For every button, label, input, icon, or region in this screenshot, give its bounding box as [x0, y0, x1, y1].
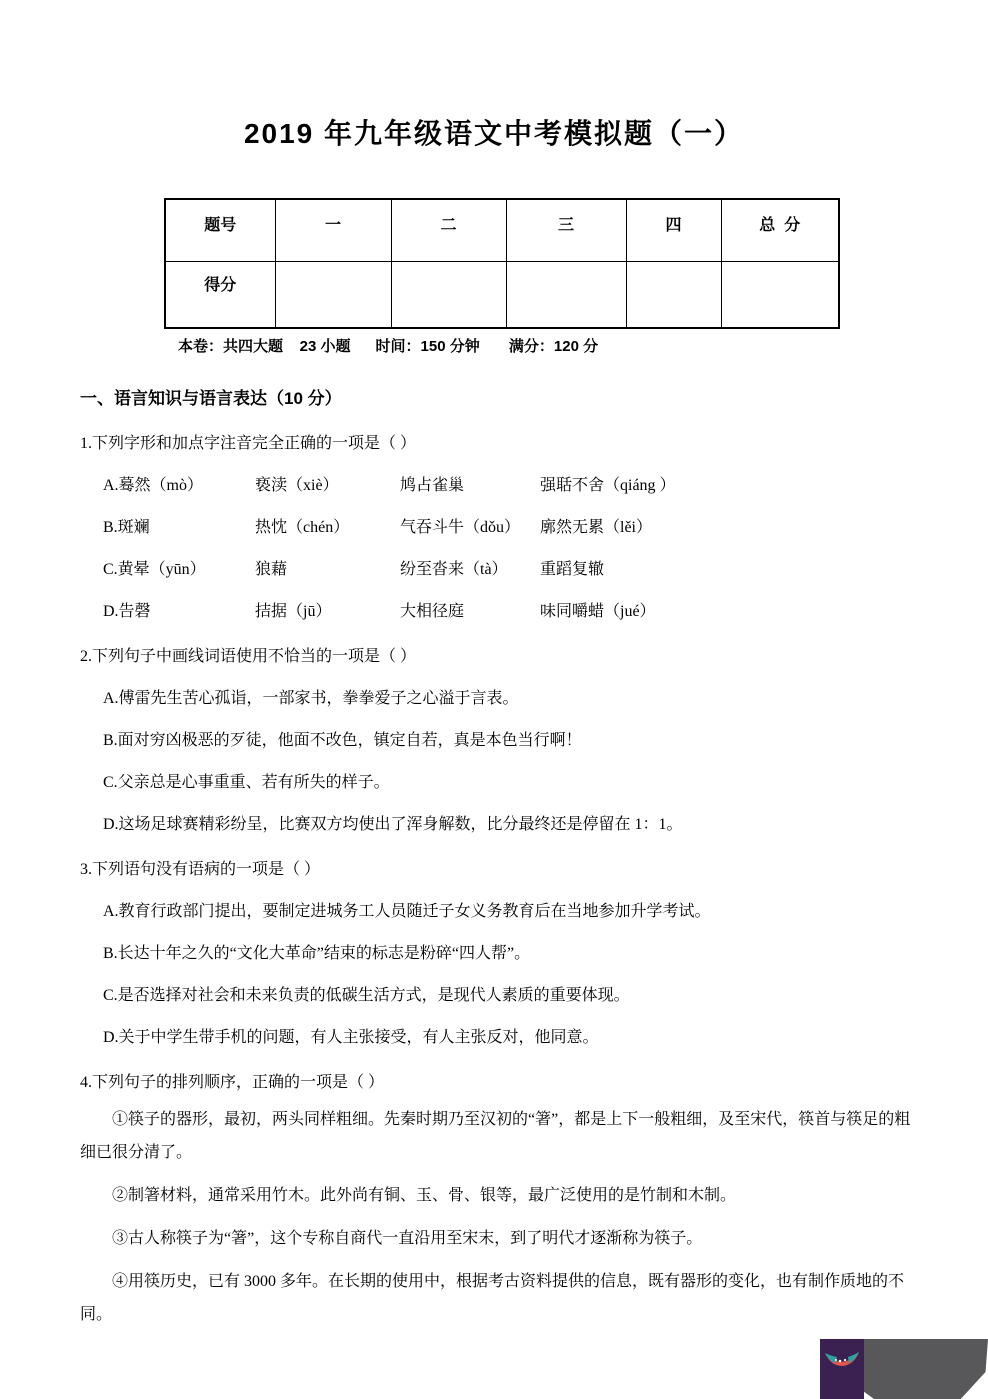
option-cell: 味同嚼蜡（jué）: [540, 601, 948, 622]
score-value-cell: [721, 262, 839, 329]
header-cell-3: 三: [506, 199, 626, 262]
question-1-option-row-a: A.蓦然（mò） 亵渎（xiè） 鸠占雀巢 强聒不舍（qiáng ）: [103, 475, 948, 496]
option-cell: 重蹈复辙: [540, 559, 948, 580]
question-2-option-c: C.父亲总是心事重重、若有所失的样子。: [103, 772, 928, 793]
question-1-option-row-b: B.斑斓 热忱（chén） 气吞斗牛（dǒu） 廓然无累（lěi）: [103, 517, 948, 538]
question-1-option-row-d: D.告磬 拮据（jū） 大相径庭 味同嚼蜡（jué）: [103, 601, 948, 622]
score-value-cell: [506, 262, 626, 329]
logo-crescent-icon: [824, 1350, 860, 1372]
score-table: 题号 一 二 三 四 总 分 得分: [164, 198, 840, 329]
question-1-stem: 1.下列字形和加点字注音完全正确的一项是（ ）: [80, 433, 928, 454]
option-cell: 廓然无累（lěi）: [540, 517, 948, 538]
question-2-option-a: A.傅雷先生苦心孤诣，一部家书，拳拳爱子之心溢于言表。: [103, 688, 928, 709]
question-4-sentence-3: ③古人称筷子为“箸”，这个专称自商代一直沿用至宋末，到了明代才逐渐称为筷子。: [80, 1222, 913, 1255]
question-3-option-b: B.长达十年之久的“文化大革命”结束的标志是粉碎“四人帮”。: [103, 943, 928, 964]
header-cell-1: 一: [275, 199, 391, 262]
score-table-score-row: 得分: [165, 262, 839, 329]
option-cell: B.斑斓: [103, 517, 255, 538]
score-label-cell: 得分: [165, 262, 275, 329]
question-3-option-c: C.是否选择对社会和未来负责的低碳生活方式，是现代人素质的重要体现。: [103, 985, 928, 1006]
option-cell: 热忱（chén）: [255, 517, 400, 538]
question-3-stem: 3.下列语句没有语病的一项是（ ）: [80, 859, 928, 880]
option-cell: A.蓦然（mò）: [103, 475, 255, 496]
question-3-option-d: D.关于中学生带手机的问题，有人主张接受，有人主张反对，他同意。: [103, 1027, 928, 1048]
score-value-cell: [275, 262, 391, 329]
option-cell: C.黄晕（yūn）: [103, 559, 255, 580]
section-heading: 一、语言知识与语言表达（10 分）: [80, 384, 988, 409]
header-cell-4: 四: [626, 199, 721, 262]
option-cell: 拮据（jū）: [255, 601, 400, 622]
question-4-stem: 4.下列句子的排列顺序，正确的一项是（ ）: [80, 1072, 928, 1093]
logo-purple-badge: [820, 1339, 864, 1399]
question-2-stem: 2.下列句子中画线词语使用不恰当的一项是（ ）: [80, 646, 928, 667]
score-value-cell: [626, 262, 721, 329]
score-value-cell: [391, 262, 506, 329]
question-2-option-b: B.面对穷凶极恶的歹徒，他面不改色，镇定自若，真是本色当行啊！: [103, 730, 928, 751]
option-cell: 亵渎（xiè）: [255, 475, 400, 496]
option-cell: 气吞斗牛（dǒu）: [400, 517, 540, 538]
watermark-logo: [820, 1339, 988, 1399]
question-4-sentence-2: ②制箸材料，通常采用竹木。此外尚有铜、玉、骨、银等，最广泛使用的是竹制和木制。: [80, 1179, 913, 1212]
score-table-header-row: 题号 一 二 三 四 总 分: [165, 199, 839, 262]
question-2-option-d: D.这场足球赛精彩纷呈，比赛双方均使出了浑身解数，比分最终还是停留在 1：1。: [103, 814, 928, 835]
question-3-option-a: A.教育行政部门提出，要制定进城务工人员随迁子女义务教育后在当地参加升学考试。: [103, 901, 928, 922]
header-cell-total: 总 分: [721, 199, 839, 262]
option-cell: 狼藉: [255, 559, 400, 580]
question-1-option-row-c: C.黄晕（yūn） 狼藉 纷至沓来（tà） 重蹈复辙: [103, 559, 948, 580]
page-title: 2019 年九年级语文中考模拟题（一）: [0, 0, 988, 152]
option-cell: 鸠占雀巢: [400, 475, 540, 496]
header-cell-2: 二: [391, 199, 506, 262]
exam-info-line: 本卷：共四大题 23 小题 时间：150 分钟 满分：120 分: [178, 335, 988, 356]
question-4-sentence-1: ①筷子的器形，最初，两头同样粗细。先秦时期乃至汉初的“箸”，都是上下一般粗细，及…: [80, 1103, 913, 1169]
question-4-sentence-4: ④用筷历史，已有 3000 多年。在长期的使用中，根据考古资料提供的信息，既有器…: [80, 1265, 913, 1331]
option-cell: 纷至沓来（tà）: [400, 559, 540, 580]
header-cell-label: 题号: [165, 199, 275, 262]
exam-page: 2019 年九年级语文中考模拟题（一） 题号 一 二 三 四 总 分 得分 本卷…: [0, 0, 988, 1399]
option-cell: 大相径庭: [400, 601, 540, 622]
logo-gray-shape: [864, 1339, 988, 1399]
option-cell: D.告磬: [103, 601, 255, 622]
option-cell: 强聒不舍（qiáng ）: [540, 475, 948, 496]
